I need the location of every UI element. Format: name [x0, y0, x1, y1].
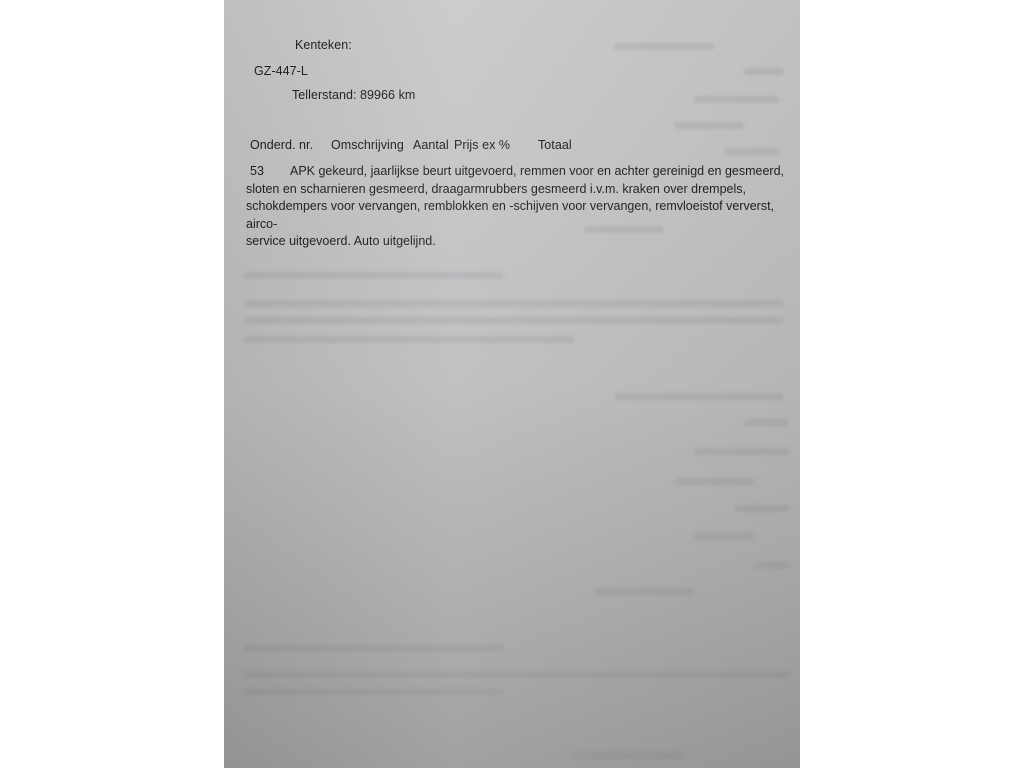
bleed-through [734, 505, 789, 512]
bleed-through [614, 393, 784, 400]
header-omschrijving: Omschrijving [331, 138, 404, 152]
bleed-through [724, 148, 779, 155]
description-line: service uitgevoerd. Auto uitgelijnd. [246, 233, 791, 251]
bleed-through [694, 448, 789, 455]
bleed-through [744, 68, 784, 75]
bleed-through [244, 336, 574, 343]
description-line: APK gekeurd, jaarlijkse beurt uitgevoerd… [290, 164, 784, 178]
bleed-through [244, 688, 504, 695]
bleed-through [614, 43, 714, 50]
document-page: Kenteken: GZ-447-L Tellerstand: 89966 km… [224, 0, 800, 768]
table-row: 53APK gekeurd, jaarlijkse beurt uitgevoe… [246, 163, 791, 251]
bleed-through [244, 645, 504, 652]
bleed-through [244, 671, 789, 678]
bleed-through [574, 752, 684, 759]
header-aantal: Aantal [413, 138, 449, 152]
header-totaal: Totaal [538, 138, 572, 152]
bleed-through [694, 96, 779, 103]
description-line: sloten en scharnieren gesmeerd, draagarm… [246, 181, 791, 199]
description-line: schokdempers voor vervangen, remblokken … [246, 198, 791, 233]
bleed-through [754, 562, 789, 569]
bleed-through [244, 317, 784, 324]
bleed-through [244, 300, 784, 307]
bleed-through [244, 272, 504, 279]
tellerstand: Tellerstand: 89966 km [292, 88, 415, 102]
kenteken-value: GZ-447-L [254, 64, 308, 78]
kenteken-label: Kenteken: [295, 38, 352, 52]
header-prijs-ex: Prijs ex % [454, 138, 510, 152]
header-onderdeel-nr: Onderd. nr. [250, 138, 313, 152]
bleed-through [674, 122, 744, 129]
bleed-through [744, 419, 789, 426]
bleed-through [674, 478, 754, 485]
row-number: 53 [246, 163, 290, 181]
bleed-through [594, 588, 694, 595]
bleed-through [694, 533, 754, 540]
